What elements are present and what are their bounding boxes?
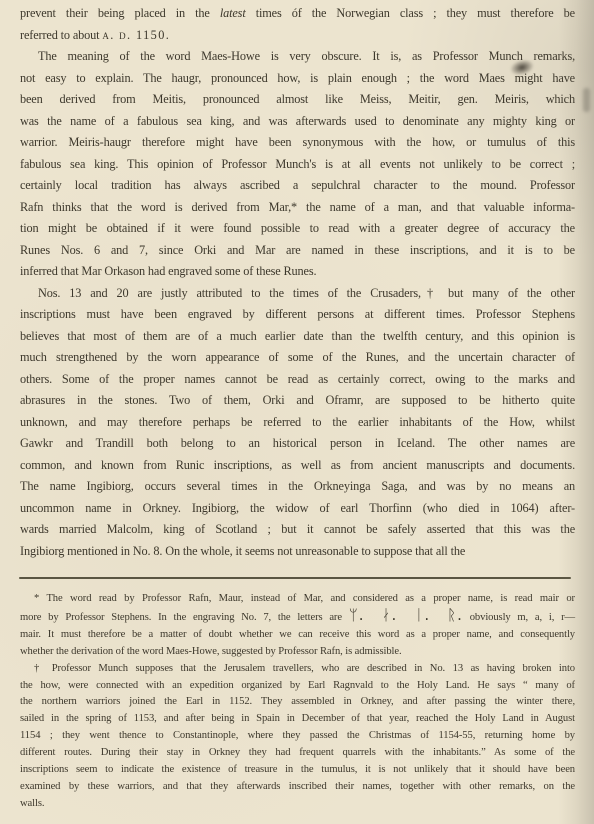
text-line: much strengthened by the worn appearance… [20,347,575,369]
body-paragraphs: prevent their being placed in the latest… [20,3,575,562]
text-segment: Ingibiorg mentioned in No. 8. On the who… [20,544,465,558]
text-line: The name Ingibiorg, occurs several times… [20,476,575,498]
text-line: inferred that Mar Orkason had engraved s… [20,261,575,283]
text-segment: sailed in the spring of 1153, and after … [20,713,575,724]
paragraph: The meaning of the word Maes-Howe is ver… [20,46,575,283]
paragraph: † Professor Munch supposes that the Jeru… [20,661,575,813]
footnote-separator-rule [19,577,571,579]
text-segment: believes that most of them are of a much… [20,329,575,343]
text-segment: 1154 ; they went thence to Constantinopl… [20,730,575,741]
text-segment: walls. [20,798,44,809]
text-line: not easy to explain. The haugr, pronounc… [20,68,575,90]
smallcaps-text: a. d. 1150. [102,28,170,42]
text-line: walls. [20,796,575,813]
text-segment: certainly local tradition has always asc… [20,178,575,192]
italic-text: latest [220,6,246,20]
text-line: Runes Nos. 6 and 7, since Orki and Mar a… [20,240,575,262]
text-line: was the name of a fabulous sea king, and… [20,111,575,133]
text-segment: different routes. During their stay in O… [20,747,575,758]
text-line: certainly local tradition has always asc… [20,175,575,197]
text-line: inscriptions seem to indicate the existe… [20,762,575,779]
text-line: referred to about a. d. 1150. [20,25,575,47]
text-segment: uncommon name in Orkney. Ingibiorg, the … [20,501,575,515]
text-segment: mair. It must therefore be a matter of d… [20,629,575,640]
document-page: prevent their being placed in the latest… [0,0,594,824]
text-line: the northern warriors joined the Earl in… [20,694,575,711]
text-line: examined by these warriors, and that the… [20,779,575,796]
text-segment: * The word read by Professor Rafn, Maur,… [34,593,575,604]
text-line: Rafn thinks that the word is derived fro… [20,197,575,219]
rune-text: ᛘ. ᛅ. ᛁ. ᚱ. [349,606,463,624]
text-segment: † Professor Munch supposes that the Jeru… [34,663,575,674]
text-segment: the northern warriors joined the Earl in… [20,696,575,707]
text-line: inscriptions must have been engraved by … [20,304,575,326]
text-line: abrasures in the stones. Two of them, Or… [20,390,575,412]
text-line: whether the derivation of the word Maes-… [20,644,575,661]
text-segment: unknown, and may therefore perhaps be re… [20,415,575,429]
text-segment: Nos. 13 and 20 are justly attributed to … [38,286,575,300]
text-line: mair. It must therefore be a matter of d… [20,627,575,644]
text-line: tion might be obtained if it were found … [20,218,575,240]
text-segment: examined by these warriors, and that the… [20,781,575,792]
text-line: been derived from Meitis, pronounced alm… [20,89,575,111]
text-segment: more by Professor Stephens. In the engra… [20,612,349,623]
text-line: The meaning of the word Maes-Howe is ver… [20,46,575,68]
text-segment: wards married Malcolm, king of Scotland … [20,522,575,536]
text-line: prevent their being placed in the latest… [20,3,575,25]
text-segment: Gawkr and Trandill both belong to an his… [20,436,575,450]
text-line: wards married Malcolm, king of Scotland … [20,519,575,541]
text-segment: The meaning of the word Maes-Howe is ver… [38,49,575,63]
text-segment: referred to about [20,28,102,42]
text-line: † Professor Munch supposes that the Jeru… [20,661,575,678]
text-segment: warrior. Meiris-haugr therefore might ha… [20,135,575,149]
text-line: uncommon name in Orkney. Ingibiorg, the … [20,498,575,520]
text-line: common, and known from Runic inscription… [20,455,575,477]
text-segment: prevent their being placed in the [20,6,220,20]
paragraph: Nos. 13 and 20 are justly attributed to … [20,283,575,563]
text-line: * The word read by Professor Rafn, Maur,… [20,591,575,608]
text-segment: obviously m, a, i, r— [463,612,575,623]
text-segment: Rafn thinks that the word is derived fro… [20,200,575,214]
text-segment: not easy to explain. The haugr, pronounc… [20,71,575,85]
text-segment: times óf the Norwegian class ; they must… [246,6,575,20]
text-segment: whether the derivation of the word Maes-… [20,646,402,657]
text-segment: inferred that Mar Orkason had engraved s… [20,264,316,278]
text-line: unknown, and may therefore perhaps be re… [20,412,575,434]
text-segment: been derived from Meitis, pronounced alm… [20,92,575,106]
text-segment: common, and known from Runic inscription… [20,458,575,472]
text-segment: much strengthened by the worn appearance… [20,350,575,364]
paragraph: prevent their being placed in the latest… [20,3,575,46]
text-segment: abrasures in the stones. Two of them, Or… [20,393,575,407]
text-segment: the how, were connected with an expediti… [20,680,575,691]
page-edge-mark [583,88,590,112]
paragraph: * The word read by Professor Rafn, Maur,… [20,591,575,661]
text-segment: inscriptions seem to indicate the existe… [20,764,575,775]
text-line: others. Some of the proper names cannot … [20,369,575,391]
footnotes: * The word read by Professor Rafn, Maur,… [20,591,575,813]
text-segment: was the name of a fabulous sea king, and… [20,114,575,128]
text-line: the how, were connected with an expediti… [20,678,575,695]
text-segment: fabulous sea king. This opinion of Profe… [20,157,575,171]
text-line: Ingibiorg mentioned in No. 8. On the who… [20,541,575,563]
text-line: Gawkr and Trandill both belong to an his… [20,433,575,455]
text-segment: inscriptions must have been engraved by … [20,307,575,321]
text-segment: tion might be obtained if it were found … [20,221,575,235]
text-line: fabulous sea king. This opinion of Profe… [20,154,575,176]
text-line: more by Professor Stephens. In the engra… [20,608,575,627]
text-line: 1154 ; they went thence to Constantinopl… [20,728,575,745]
text-line: sailed in the spring of 1153, and after … [20,711,575,728]
text-line: Nos. 13 and 20 are justly attributed to … [20,283,575,305]
text-line: different routes. During their stay in O… [20,745,575,762]
text-segment: others. Some of the proper names cannot … [20,372,575,386]
text-line: warrior. Meiris-haugr therefore might ha… [20,132,575,154]
text-segment: The name Ingibiorg, occurs several times… [20,479,575,493]
text-segment: Runes Nos. 6 and 7, since Orki and Mar a… [20,243,575,257]
text-line: believes that most of them are of a much… [20,326,575,348]
